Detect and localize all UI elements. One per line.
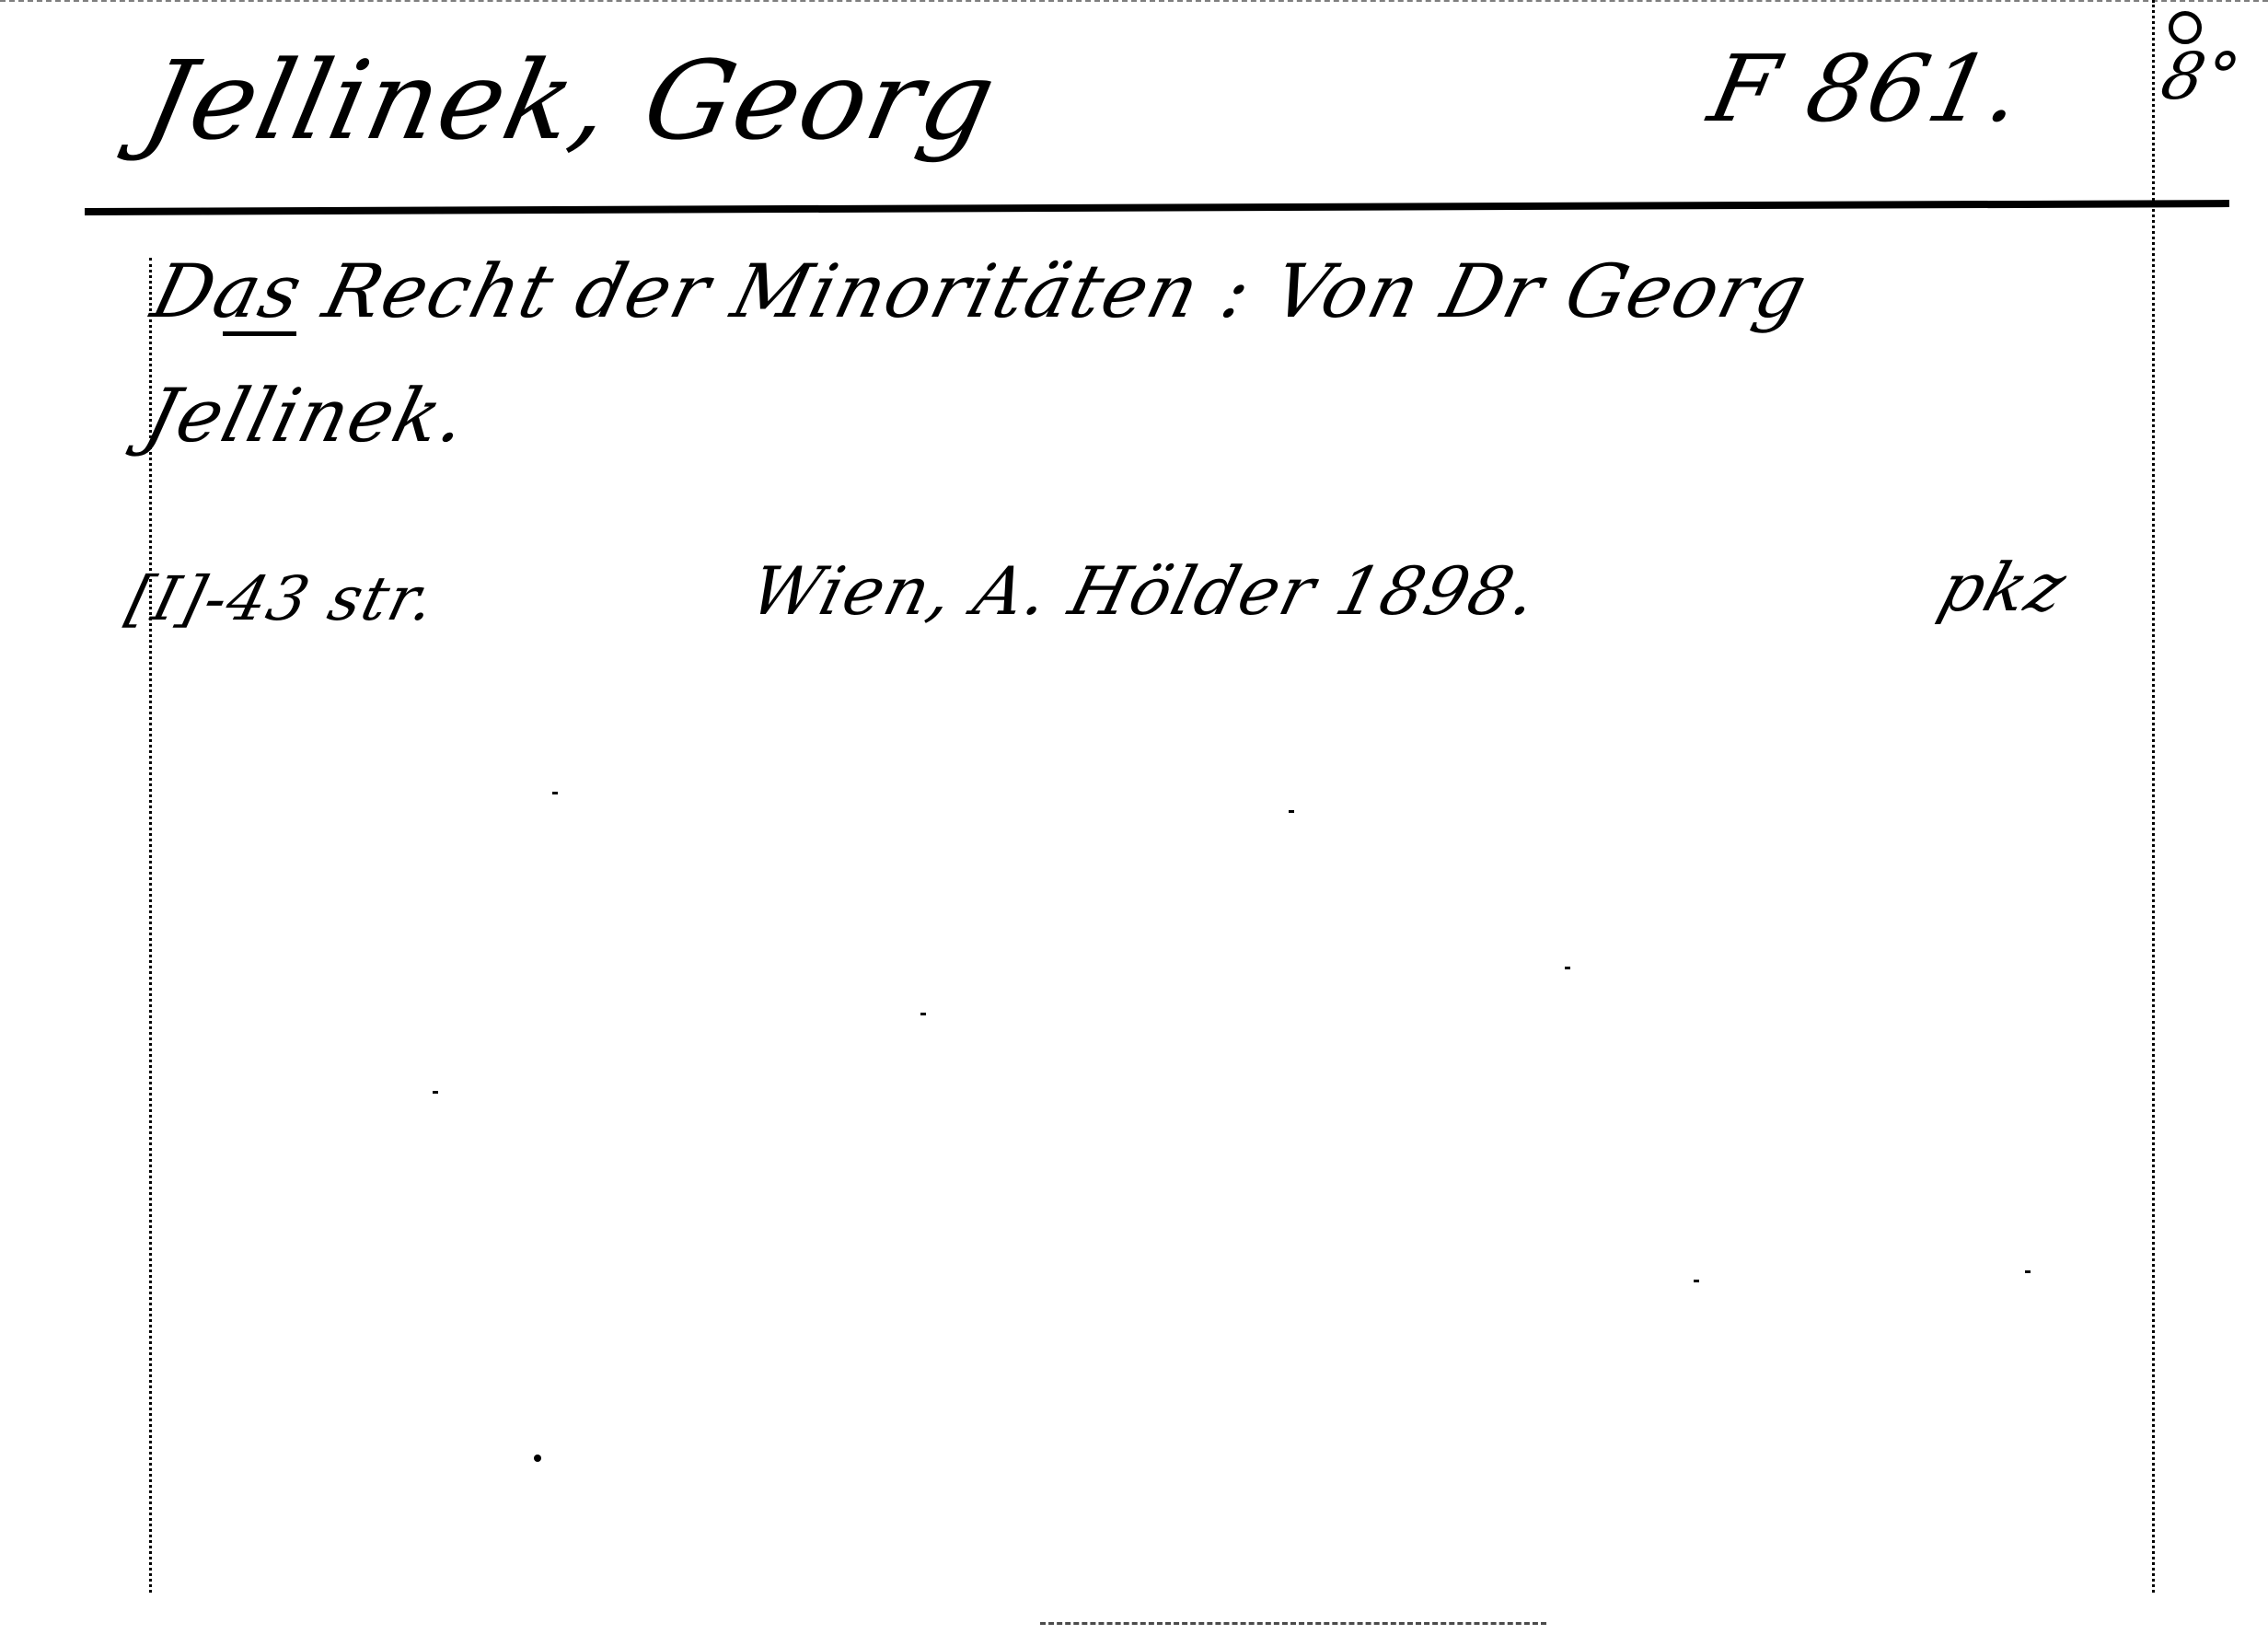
call-number: F 861. [1701, 35, 2033, 143]
scan-speck [1565, 967, 1570, 969]
imprint: Wien, A. Hölder 1898. [744, 552, 1547, 630]
author-heading: Jellinek, Georg [133, 37, 1007, 164]
scan-speck [552, 792, 558, 794]
title-statement-line-2: Jellinek. [136, 373, 477, 458]
scan-speck [1289, 810, 1294, 813]
title-underline [223, 331, 296, 336]
right-margin-line [2152, 0, 2155, 1593]
scan-speck [920, 1013, 926, 1015]
heading-divider-rule [85, 200, 2229, 215]
title-statement-line-1: Das Recht der Minoritäten : Von Dr Georg [144, 249, 1816, 334]
bottom-edge-mark [1040, 1622, 1546, 1625]
card-top-edge [0, 0, 2268, 6]
cataloger-initials: pkz [1931, 549, 2077, 626]
scan-speck [2025, 1270, 2031, 1273]
scan-speck [1694, 1280, 1699, 1282]
catalog-card: Jellinek, Georg F 861. 8° Das Recht der … [0, 0, 2268, 1646]
format-size: 8° [2155, 39, 2248, 114]
scan-speck [433, 1091, 438, 1094]
pagination: [I]-43 str. [120, 563, 444, 634]
scan-speck [534, 1455, 541, 1462]
